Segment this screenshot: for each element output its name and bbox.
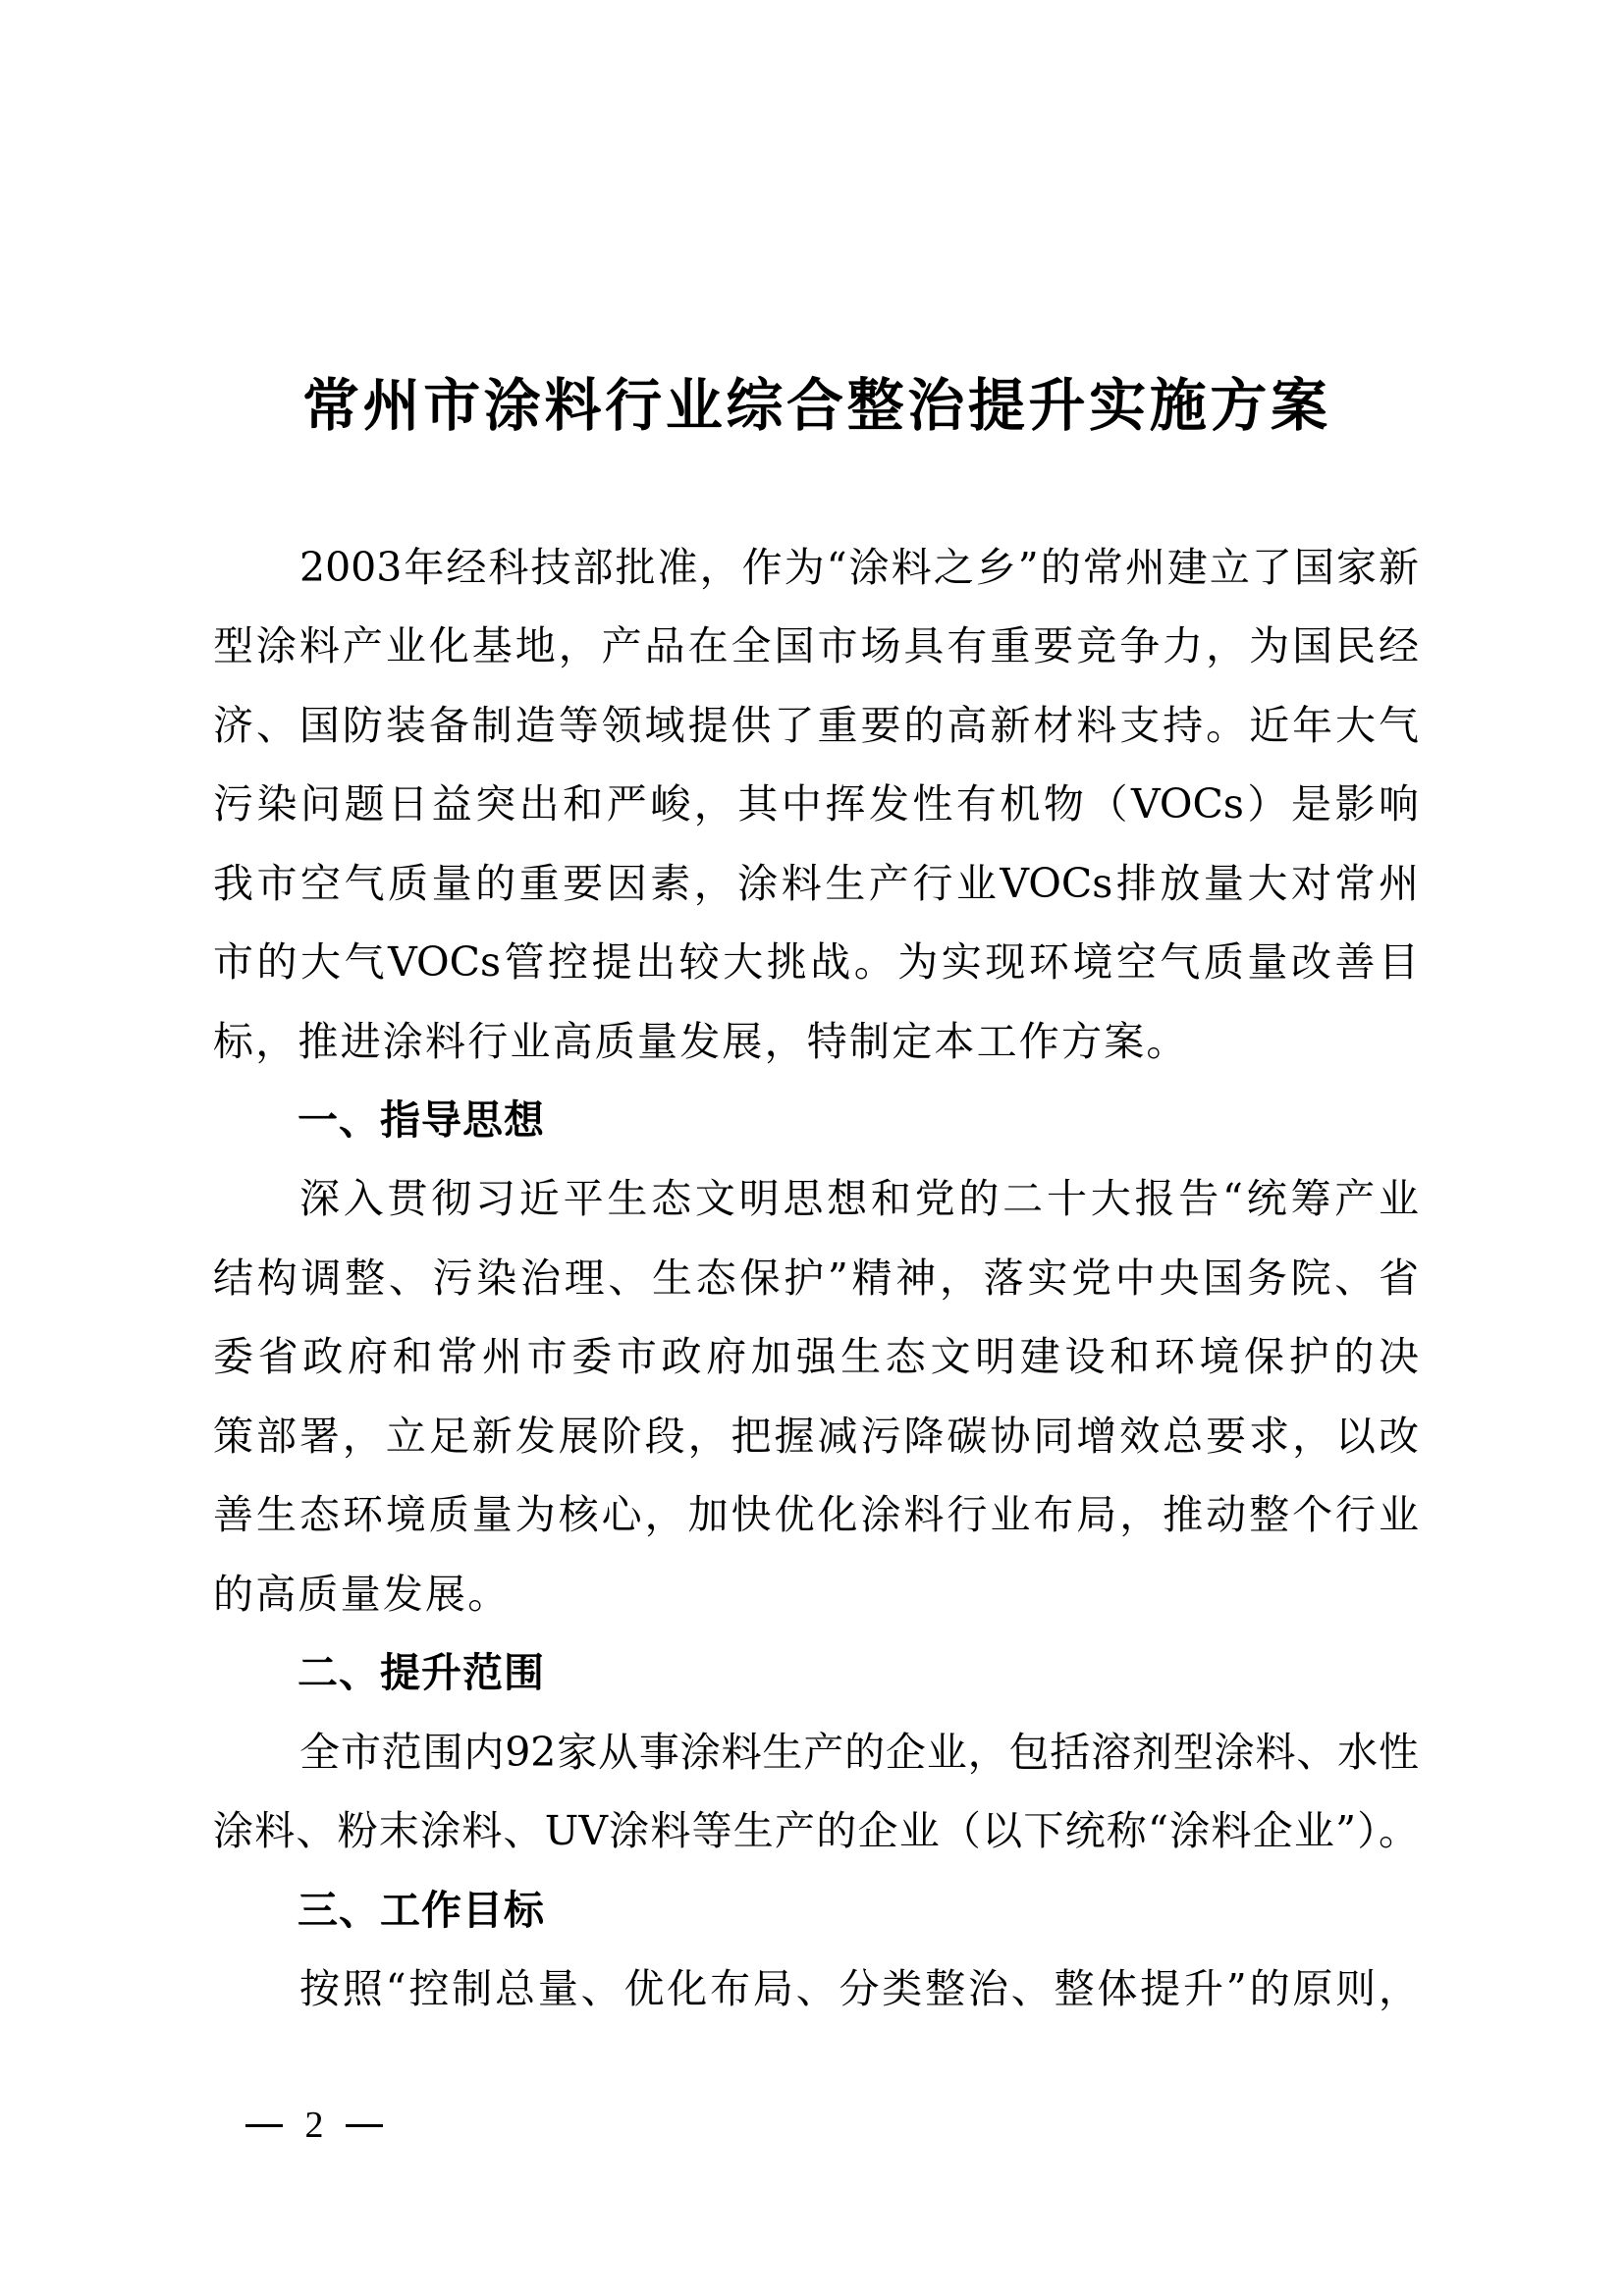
text-line: 按照“控制总量、优化布局、分类整治、整体提升”的原则， [299,1959,1419,2018]
text-line: 我市空气质量的重要因素，涂料生产行业VOCs排放量大对常州 [213,854,1419,913]
text-line: 标，推进涂料行业高质量发展，特制定本工作方案。 [213,1012,1419,1071]
text-line: 全市范围内92家从事涂料生产的企业，包括溶剂型涂料、水性 [299,1723,1419,1782]
document-title: 常州市涂料行业综合整治提升实施方案 [302,371,1327,440]
text-line: 深入贯彻习近平生态文明思想和党的二十大报告“统筹产业 [299,1169,1419,1228]
page-number-dash-left [245,2124,283,2127]
text-line: 市的大气VOCs管控提出较大挑战。为实现环境空气质量改善目 [213,933,1419,991]
text-line: 涂料、粉末涂料、UV涂料等生产的企业（以下统称“涂料企业”）。 [213,1801,1419,1860]
text-line: 善生态环境质量为核心，加快优化涂料行业布局，推动整个行业 [213,1485,1419,1544]
text-line: 策部署，立足新发展阶段，把握减污降碳协同增效总要求，以改 [213,1407,1419,1466]
text-line: 委省政府和常州市委市政府加强生态文明建设和环境保护的决 [213,1327,1419,1386]
page-number-dash-right [346,2124,383,2127]
page-number: 2 [245,2101,383,2150]
text-line: 济、国防装备制造等领域提供了重要的高新材料支持。近年大气 [213,696,1419,755]
document-page: 常州市涂料行业综合整治提升实施方案 2003年经科技部批准，作为“涂料之乡”的常… [0,0,1624,2296]
text-line: 污染问题日益突出和严峻，其中挥发性有机物（VOCs）是影响 [213,774,1419,833]
text-line: 型涂料产业化基地，产品在全国市场具有重要竞争力，为国民经 [213,616,1419,675]
section-heading-work-goals: 三、工作目标 [298,1881,545,1940]
text-line: 的高质量发展。 [213,1565,1419,1624]
section-heading-guiding-ideology: 一、指导思想 [298,1091,545,1149]
text-line: 2003年经科技部批准，作为“涂料之乡”的常州建立了国家新 [299,538,1419,597]
section-heading-scope: 二、提升范围 [298,1643,545,1702]
text-line: 结构调整、污染治理、生态保护”精神，落实党中央国务院、省 [213,1249,1419,1308]
page-number-value: 2 [305,2101,324,2150]
